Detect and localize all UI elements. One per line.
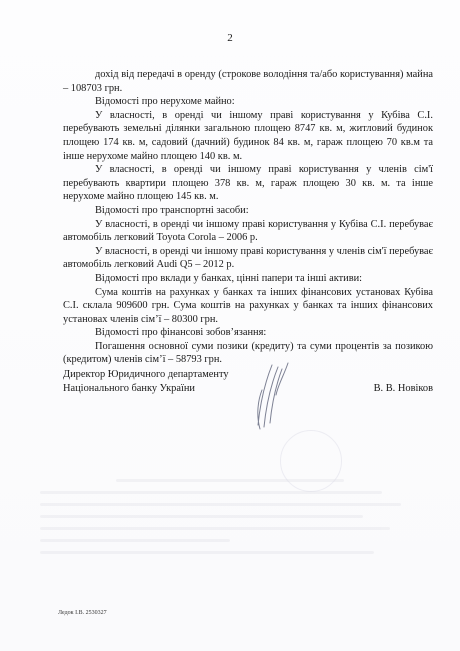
paragraph-real-estate-owner: У власності, в оренді чи іншому праві ко… (63, 109, 433, 163)
document-body: дохід від передачі в оренду (строкове во… (63, 68, 433, 367)
signatory-title-line-2: Національного банку України (63, 382, 229, 396)
signatory-title-line-1: Директор Юридичного департаменту (63, 368, 229, 382)
paragraph-income-rent: дохід від передачі в оренду (строкове во… (63, 68, 433, 95)
paragraph-liabilities: Погашення основної суми позики (кредиту)… (63, 340, 433, 367)
heading-vehicles: Відомості про транспортні засоби: (63, 204, 433, 218)
document-page: 2 дохід від передачі в оренду (строкове … (0, 0, 460, 651)
signature-block: Директор Юридичного департаменту Націона… (63, 368, 433, 408)
page-number: 2 (0, 32, 460, 44)
signatory-name: В. В. Новіков (374, 382, 433, 396)
heading-liabilities: Відомості про фінансові зобов’язання: (63, 326, 433, 340)
paragraph-deposits: Сума коштів на рахунках у банках та інши… (63, 286, 433, 327)
heading-real-estate: Відомості про нерухоме майно: (63, 95, 433, 109)
signatory-title: Директор Юридичного департаменту Націона… (63, 368, 229, 396)
reverse-side-bleed-through (40, 470, 420, 595)
heading-deposits: Відомості про вклади у банках, цінні пап… (63, 272, 433, 286)
footer-reference: Ледок І.В. 2530327 (58, 610, 107, 616)
paragraph-real-estate-family: У власності, в оренді чи іншому праві ко… (63, 163, 433, 204)
paragraph-vehicles-family: У власності, в оренді чи іншому праві ко… (63, 245, 433, 272)
handwritten-signature-icon (250, 355, 300, 435)
paragraph-vehicles-owner: У власності, в оренді чи іншому праві ко… (63, 218, 433, 245)
